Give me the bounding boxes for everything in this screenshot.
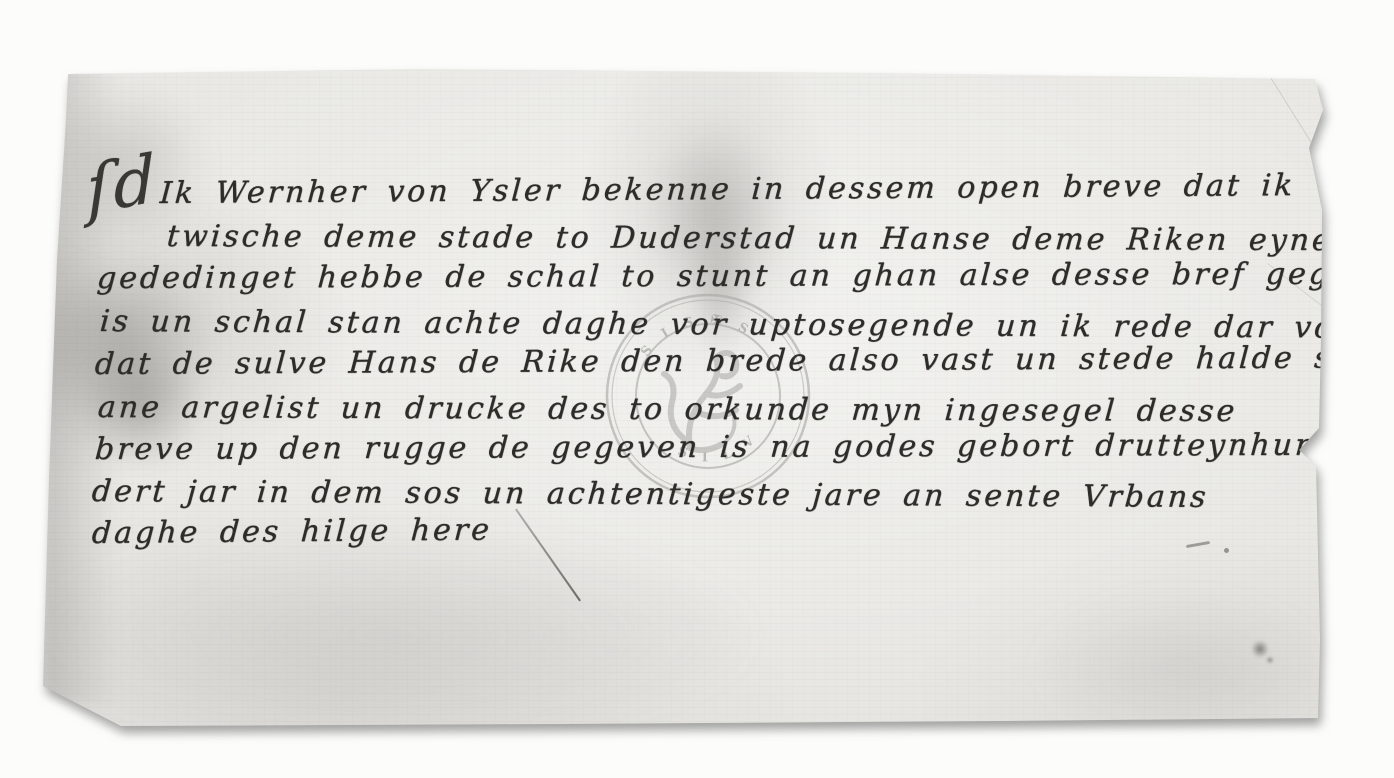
manuscript-line: dat de sulve Hans de Rike den brede also… [94, 340, 1394, 382]
manuscript-line: Ik Wernher von Ysler bekenne in dessem o… [159, 168, 1296, 211]
manuscript-line: gededinget hebbe de schal to stunt an gh… [96, 256, 1394, 296]
paper-shadow: S I S ✠ S S I L V ſd Ik Wernhe [0, 0, 1394, 778]
margin-flourish: ſd [85, 139, 159, 229]
manuscript-line: is un schal stan achte daghe vor uptoseg… [99, 304, 1354, 346]
dot-mark [1224, 548, 1229, 553]
manuscript-line: ane argelist un drucke des to orkunde my… [97, 390, 1239, 429]
handwritten-text: ſd Ik Wernher von Ysler bekenne in desse… [0, 0, 1394, 778]
manuscript-line: twische deme stade to Duderstad un Hanse… [166, 219, 1394, 258]
manuscript-line: dert jar in dem sos un achtentigeste jar… [91, 474, 1210, 515]
manuscript-line: breve up den rugge de gegeven is na gode… [94, 428, 1319, 467]
paper-sheet: S I S ✠ S S I L V ſd Ik Wernhe [0, 0, 1394, 778]
manuscript-line: daghe des hilge here [91, 512, 493, 551]
manuscript-scan: S I S ✠ S S I L V ſd Ik Wernhe [0, 0, 1394, 778]
